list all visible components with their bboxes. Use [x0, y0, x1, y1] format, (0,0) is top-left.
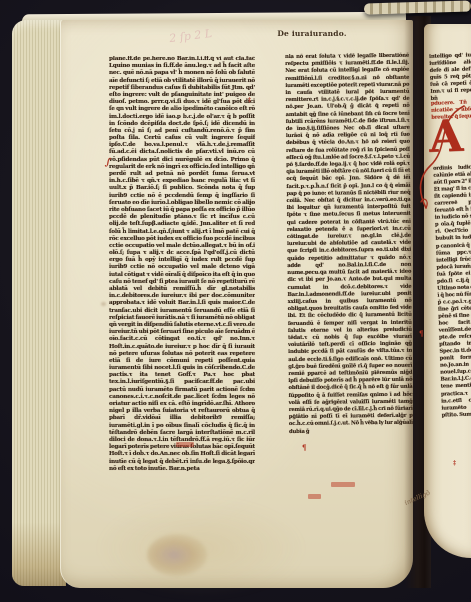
- fore-edge-page-stack: [12, 20, 66, 586]
- initial-flourish: [402, 98, 471, 218]
- rubric-star-mark: ‡: [453, 461, 456, 467]
- rubric-highlight-word: [176, 442, 194, 447]
- text-column-right: nia nō erat ſoluta τ vidē legaſſe libera…: [285, 53, 414, 499]
- text-column-left: plane.ff.de pe.here.nō Bar.in.l.i.ff.q̄ …: [109, 56, 255, 499]
- spine-headband: [364, 1, 471, 15]
- running-title: De iuraiurando.: [257, 29, 367, 38]
- rubric-line-end-mark: ‡: [248, 98, 251, 104]
- facing-text-top: intelligo qd' iura pmodo aliq̄ iuriſdiōn…: [429, 51, 471, 101]
- paper-stain-blob: [147, 534, 207, 576]
- fore-edge-stain: [12, 522, 66, 586]
- paper-stain-wash: [96, 498, 306, 598]
- rubric-paragraph-mark: ¶: [302, 444, 306, 451]
- pencil-inscription: 2 ſp 2 L: [169, 20, 270, 45]
- rubric-paragraph-mark: ¶: [419, 330, 423, 337]
- left-page: 2 ſp 2 L De iuraiurando. plane.ff.de pe.…: [60, 20, 413, 588]
- paper-stain-dot: [101, 302, 106, 306]
- rubric-margin-stroke: ∫: [104, 158, 111, 169]
- photo-background: 2 ſp 2 L De iuraiurando. plane.ff.de pe.…: [0, 0, 471, 602]
- rubric-highlight-word: [308, 494, 321, 499]
- rubric-highlight-word: [331, 482, 355, 487]
